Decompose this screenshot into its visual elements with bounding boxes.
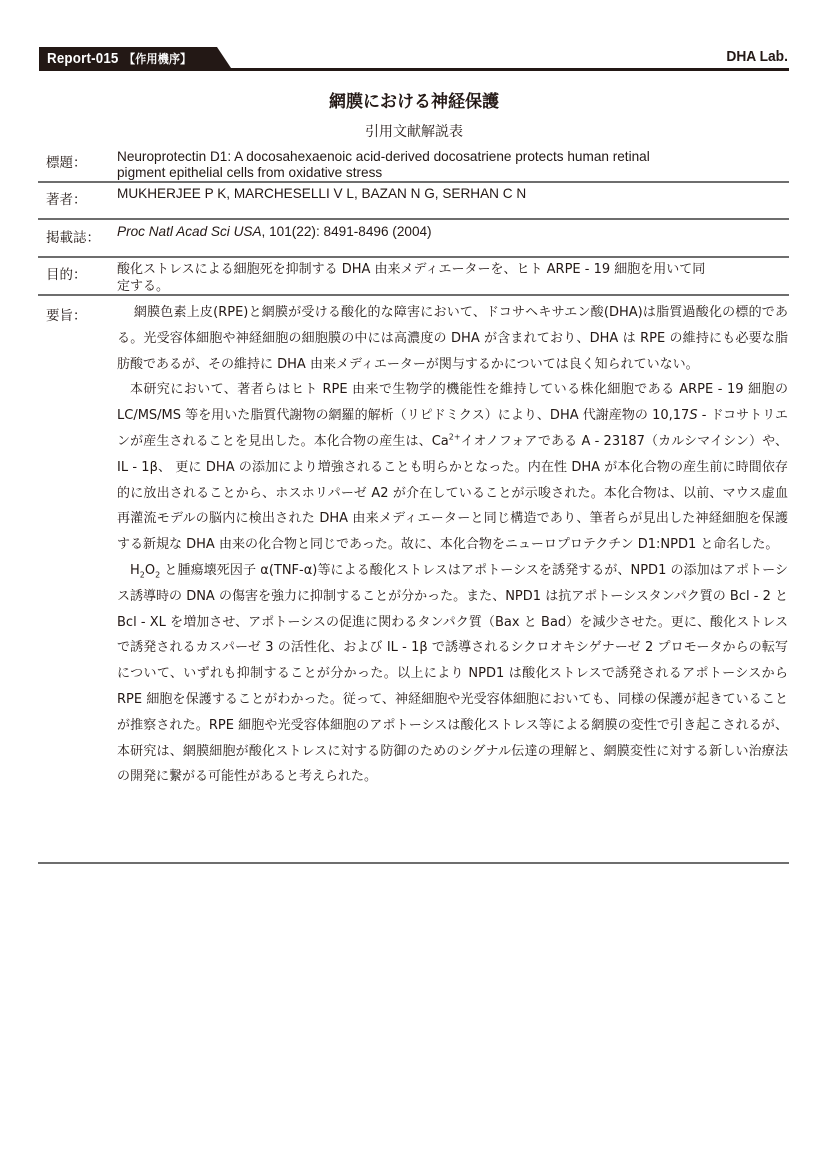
purpose-line-2: 定する。 [117, 278, 789, 295]
divider [38, 294, 789, 296]
page-title: 網膜における神経保護 [0, 87, 828, 112]
formula-h: H [130, 563, 140, 578]
field-value-purpose: 酸化ストレスによる細胞死を抑制する DHA 由来メディエーターを、ヒト ARPE… [117, 261, 789, 295]
field-label-summary: 要旨： [46, 304, 87, 324]
divider [38, 218, 789, 220]
field-value-title: Neuroprotectin D1: A docosahexaenoic aci… [117, 149, 789, 181]
report-tab-label: Report-015【作用機序】 [47, 50, 191, 67]
lab-name: DHA Lab. [726, 48, 788, 65]
summary-paragraph-1: 網膜色素上皮(RPE)と網膜が受ける酸化的な障害において、ドコサヘキサエン酸(D… [117, 300, 788, 377]
page-subtitle: 引用文献解説表 [0, 121, 828, 141]
stereo-descriptor: S [689, 408, 697, 423]
summary-paragraph-3: H2O2 と腫瘍壊死因子 α(TNF-α)等による酸化ストレスはアポトーシスを誘… [117, 558, 788, 790]
summary-paragraph-2: 本研究において、著者らはヒト RPE 由来で生物学的機能性を維持している株化細胞… [117, 377, 788, 558]
field-label-purpose: 目的： [46, 263, 87, 283]
summary-body: 網膜色素上皮(RPE)と網膜が受ける酸化的な障害において、ドコサヘキサエン酸(D… [117, 300, 788, 790]
purpose-line-1: 酸化ストレスによる細胞死を抑制する DHA 由来メディエーターを、ヒト ARPE… [117, 261, 789, 278]
calcium-charge: 2+ [449, 433, 461, 442]
header-rule [39, 68, 789, 71]
field-label-authors: 著者： [46, 188, 87, 208]
field-value-journal: Proc Natl Acad Sci USA, 101(22): 8491-84… [117, 224, 789, 240]
field-label-journal: 掲載誌： [46, 226, 100, 246]
title-line-2: pigment epithelial cells from oxidative … [117, 165, 789, 181]
journal-citation: , 101(22): 8491-8496 (2004) [262, 224, 432, 239]
title-line-1: Neuroprotectin D1: A docosahexaenoic aci… [117, 149, 789, 165]
divider [38, 181, 789, 183]
paragraph-3-text: と腫瘍壊死因子 α(TNF-α)等による酸化ストレスはアポトーシスを誘発するが、… [117, 563, 788, 784]
paragraph-2-text-c: イオノフォアである A - 23187（カルシマイシン）や、IL - 1β、 更… [117, 434, 788, 552]
formula-o: O [145, 563, 155, 578]
divider [38, 256, 789, 258]
field-label-title: 標題： [46, 151, 87, 171]
paragraph-2-text-a: 本研究において、著者らはヒト RPE 由来で生物学的機能性を維持している株化細胞… [117, 382, 788, 423]
report-category: 【作用機序】 [124, 52, 191, 66]
bottom-divider [38, 862, 789, 864]
journal-name: Proc Natl Acad Sci USA [117, 224, 262, 239]
document-page: Report-015【作用機序】 DHA Lab. 網膜における神経保護 引用文… [0, 0, 828, 1171]
field-value-authors: MUKHERJEE P K, MARCHESELLI V L, BAZAN N … [117, 186, 789, 202]
report-id: Report-015 [47, 51, 119, 67]
